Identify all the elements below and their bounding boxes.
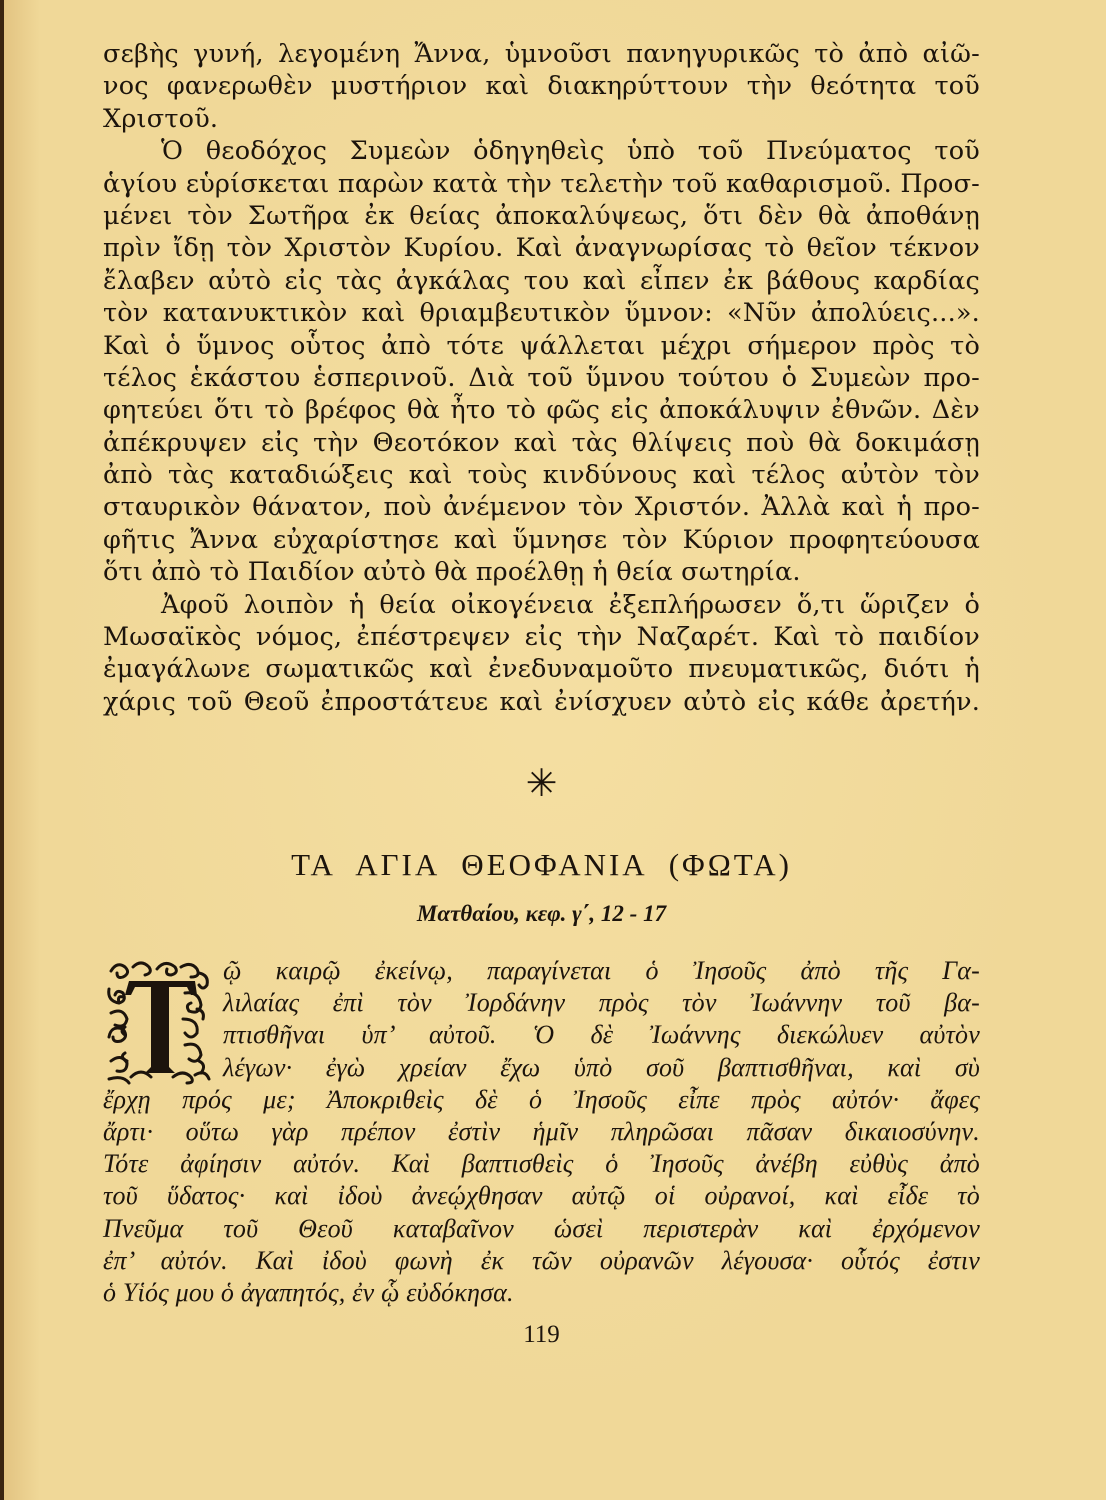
text-line: Μωσαϊκὸς νόμος, ἐπέστρεψεν εἰς τὴν Ναζαρ… bbox=[103, 621, 980, 653]
text-line: τὸν κατανυκτικὸν καὶ θριαμβευτικὸν ὕμνον… bbox=[103, 297, 980, 329]
text-line: Καὶ ὁ ὕμνος οὗτος ἀπὸ τότε ψάλλεται μέχρ… bbox=[103, 330, 980, 362]
text-line: ἔλαβεν αὐτὸ εἰς τὰς ἀγκάλας του καὶ εἶπε… bbox=[103, 265, 980, 297]
book-page: σεβὴς γυνή, λεγομένη Ἄννα, ὑμνοῦσι πανηγ… bbox=[103, 38, 980, 718]
text-line: ἐπ’ αὐτόν. Καὶ ἰδοὺ φωνὴ ἐκ τῶν οὐρανῶν … bbox=[103, 1245, 980, 1277]
text-line: φητεύει ὅτι τὸ βρέφος θὰ ἦτο τὸ φῶς εἰς … bbox=[103, 394, 980, 426]
text-line: ὁ Υἱός μου ὁ ἀγαπητός, ἐν ᾧ εὐδόκησα. bbox=[103, 1277, 980, 1309]
text-line: Ἀφοῦ λοιπὸν ἡ θεία οἰκογένεια ἐξεπλήρωσε… bbox=[103, 589, 980, 621]
text-line: Ὁ θεοδόχος Συμεὼν ὁδηγηθεὶς ὑπὸ τοῦ Πνεύ… bbox=[103, 135, 980, 167]
ornate-initial-t-icon bbox=[103, 957, 215, 1085]
text-line: ἀπὸ τὰς καταδιώξεις καὶ τοὺς κινδύνους κ… bbox=[103, 459, 980, 491]
text-line: Τότε ἀφίησιν αὐτόν. Καὶ βαπτισθεὶς ὁ Ἰησ… bbox=[103, 1148, 980, 1180]
body-text: σεβὴς γυνή, λεγομένη Ἄννα, ὑμνοῦσι πανηγ… bbox=[103, 38, 980, 718]
text-line: ἄρτι· οὕτω γὰρ πρέπον ἐστὶν ἡμῖν πληρῶσα… bbox=[103, 1116, 980, 1148]
text-line: μένει τὸν Σωτῆρα ἐκ θείας ἀποκαλύψεως, ὅ… bbox=[103, 200, 980, 232]
page-number: 119 bbox=[103, 1320, 980, 1350]
text-line: χάρις τοῦ Θεοῦ ἐπροστάτευε καὶ ἐνίσχυεν … bbox=[103, 686, 980, 718]
text-line: τέλος ἑκάστου ἑσπερινοῦ. Διὰ τοῦ ὕμνου τ… bbox=[103, 362, 980, 394]
section-title: ΤΑ ΑΓΙΑ ΘΕΟΦΑΝΙΑ (ΦΩΤΑ) bbox=[103, 845, 980, 885]
text-line: ὅτι ἀπὸ τὸ Παιδίον αὐτὸ θὰ προέλθῃ ἡ θεί… bbox=[103, 556, 980, 588]
text-line: λέγων· ἐγὼ χρείαν ἔχω ὑπὸ σοῦ βαπτισθῆνα… bbox=[103, 1052, 980, 1084]
text-line: τοῦ ὕδατος· καὶ ἰδοὺ ἀνεῴχθησαν αὐτῷ οἱ … bbox=[103, 1180, 980, 1212]
text-line: ἐμαγάλωνε σωματικῶς καὶ ἐνεδυναμοῦτο πνε… bbox=[103, 653, 980, 685]
text-line: ἔρχῃ πρός με; Ἀποκριθεὶς δὲ ὁ Ἰησοῦς εἶπ… bbox=[103, 1084, 980, 1116]
text-line: ἀπέκρυψεν εἰς τὴν Θεοτόκον καὶ τὰς θλίψε… bbox=[103, 427, 980, 459]
text-line: πρὶν ἴδῃ τὸν Χριστὸν Κυρίου. Καὶ ἀναγνωρ… bbox=[103, 232, 980, 264]
text-line: πτισθῆναι ὑπ’ αὐτοῦ. Ὁ δὲ Ἰωάννης διεκώλ… bbox=[103, 1019, 980, 1051]
text-line: σταυρικὸν θάνατον, ποὺ ἀνέμενον τὸν Χρισ… bbox=[103, 491, 980, 523]
text-line: λιλαίας ἐπὶ τὸν Ἰορδάνην πρὸς τὸν Ἰωάννη… bbox=[103, 987, 980, 1019]
book-binding-edge bbox=[0, 0, 4, 1500]
asterisk-ornament-icon: ✳ bbox=[103, 763, 980, 803]
text-line: ῷ καιρῷ ἐκείνῳ, παραγίνεται ὁ Ἰησοῦς ἀπὸ… bbox=[103, 955, 980, 987]
text-line: φῆτις Ἄννα εὐχαρίστησε καὶ ὕμνησε τὸν Κύ… bbox=[103, 524, 980, 556]
text-line: ἁγίου εὑρίσκεται παρὼν κατὰ τὴν τελετὴν … bbox=[103, 168, 980, 200]
text-line: σεβὴς γυνή, λεγομένη Ἄννα, ὑμνοῦσι πανηγ… bbox=[103, 38, 980, 70]
text-line: νος φανερωθὲν μυστήριον καὶ διακηρύττουν… bbox=[103, 70, 980, 102]
gospel-reading: ῷ καιρῷ ἐκείνῳ, παραγίνεται ὁ Ἰησοῦς ἀπὸ… bbox=[103, 955, 980, 1309]
text-line: Χριστοῦ. bbox=[103, 103, 980, 135]
text-line: Πνεῦμα τοῦ Θεοῦ καταβαῖνον ὡσεὶ περιστερ… bbox=[103, 1213, 980, 1245]
scripture-reference: Ματθαίου, κεφ. γ΄, 12 - 17 bbox=[103, 899, 980, 929]
